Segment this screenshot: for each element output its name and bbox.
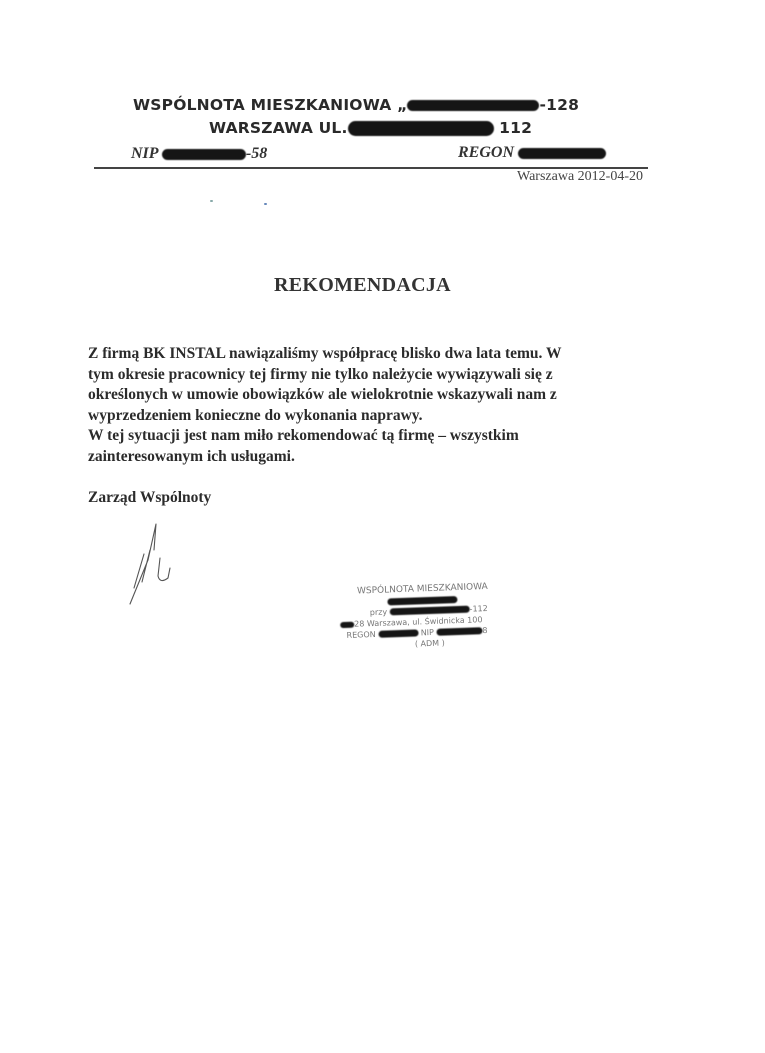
official-stamp: WSPÓLNOTA MIESZKANIOWA przy -112 28 Wars… [339, 579, 521, 655]
body-line: wyprzedzeniem konieczne do wykonania nap… [88, 406, 648, 427]
letterhead-line-1: WSPÓLNOTA MIESZKANIOWA „-128 [133, 96, 579, 114]
body-line: tym okresie pracownicy tej firmy nie tyl… [88, 365, 648, 386]
redacted-nip [162, 149, 246, 160]
nip-number: NIP -58 [131, 145, 267, 163]
letterhead-line-2: WARSZAWA UL. 112 [209, 119, 532, 137]
letter-body: Z firmą BK INSTAL nawiązaliśmy współprac… [88, 344, 648, 467]
body-line: zainteresowanym ich usługami. [88, 447, 648, 468]
body-line: określonych w umowie obowiązków ale wiel… [88, 385, 648, 406]
redacted-regon [518, 148, 606, 159]
stamp-line: ( ADM ) [415, 639, 445, 649]
handwritten-signature [120, 520, 180, 610]
redacted-street [348, 121, 494, 136]
stamp-line: WSPÓLNOTA MIESZKANIOWA [357, 582, 488, 597]
regon-number: REGON [458, 144, 606, 162]
body-line: Z firmą BK INSTAL nawiązaliśmy współprac… [88, 344, 648, 365]
signatory: Zarząd Wspólnoty [88, 489, 211, 507]
redacted-name [407, 100, 539, 111]
body-line: W tej sytuacji jest nam miło rekomendowa… [88, 426, 648, 447]
document-date: Warszawa 2012-04-20 [517, 169, 643, 185]
scan-speck [264, 203, 267, 205]
scan-speck [210, 200, 213, 202]
document-title: REKOMENDACJA [274, 274, 451, 297]
